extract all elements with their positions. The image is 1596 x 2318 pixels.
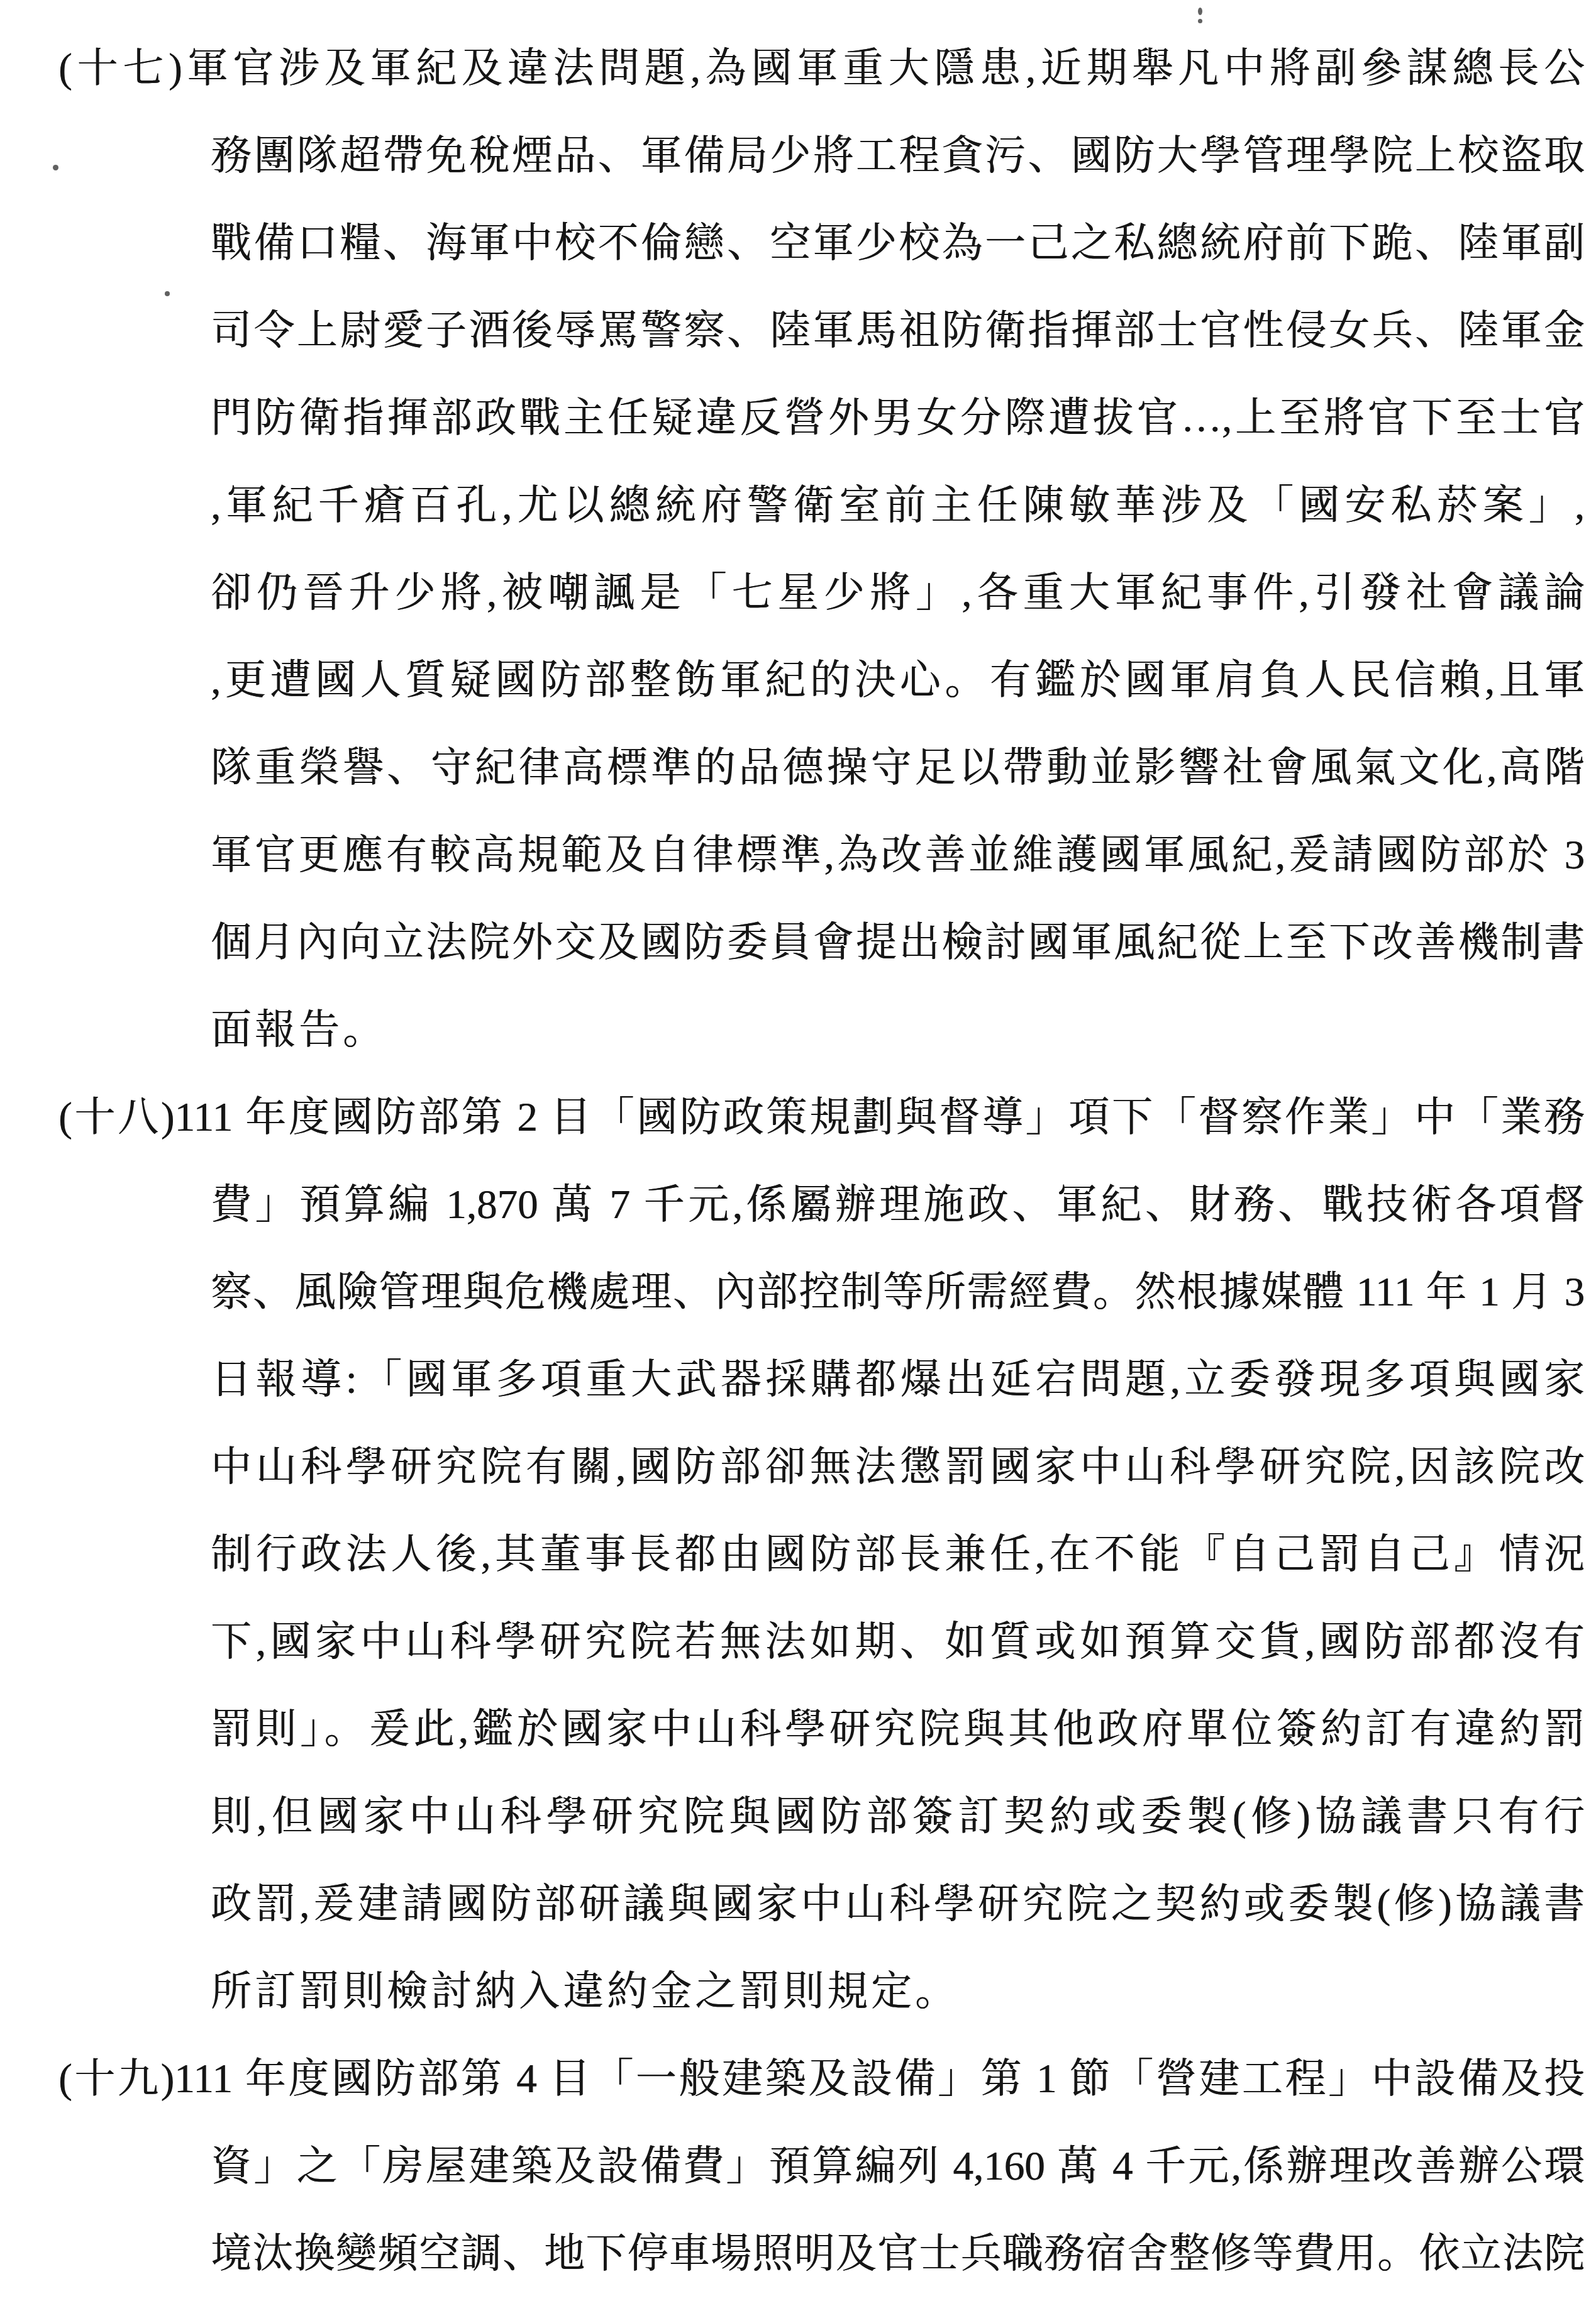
text-line: 罰則」。爰此,鑑於國家中山科學研究院與其他政府單位簽約訂有違約罰	[211, 1686, 1585, 1773]
scan-artifact	[165, 291, 170, 296]
text-line: 個月內向立法院外交及國防委員會提出檢討國軍風紀從上至下改善機制書	[211, 899, 1585, 987]
paragraph-first-line: (十七)軍官涉及軍紀及違法問題,為國軍重大隱患,近期舉凡中將副參謀總長公	[58, 25, 1585, 113]
text-line: 則,但國家中山科學研究院與國防部簽訂契約或委製(修)協議書只有行	[211, 1773, 1585, 1861]
text-line: 卻仍晉升少將,被嘲諷是「七星少將」,各重大軍紀事件,引發社會議論	[211, 550, 1585, 637]
text-line: ,更遭國人質疑國防部整飭軍紀的決心。有鑑於國軍肩負人民信賴,且軍	[211, 637, 1585, 724]
text-line: 下,國家中山科學研究院若無法如期、如質或如預算交貨,國防部都沒有	[211, 1599, 1585, 1686]
scan-artifact	[1198, 8, 1202, 15]
text-line: 政罰,爰建請國防部研議與國家中山科學研究院之契約或委製(修)協議書	[211, 1861, 1585, 1948]
text-line: 面報告。	[211, 987, 1585, 1074]
text-line: 日報導:「國軍多項重大武器採購都爆出延宕問題,立委發現多項與國家	[211, 1336, 1585, 1424]
text-line: 制行政法人後,其董事長都由國防部長兼任,在不能『自己罰自己』情況	[211, 1511, 1585, 1599]
text-line: 資」之「房屋建築及設備費」預算編列 4,160 萬 4 千元,係辦理改善辦公環	[211, 2123, 1585, 2210]
document-text: (十七)軍官涉及軍紀及違法問題,為國軍重大隱患,近期舉凡中將副參謀總長公務團隊超…	[58, 25, 1585, 2298]
paragraph-first-line: (十九)111 年度國防部第 4 目「一般建築及設備」第 1 節「營建工程」中設…	[58, 2036, 1585, 2123]
scan-artifact	[1198, 19, 1202, 23]
text-line: 軍官更應有較高規範及自律標準,為改善並維護國軍風紀,爰請國防部於 3	[211, 812, 1585, 899]
text-line: 務團隊超帶免稅煙品、軍備局少將工程貪污、國防大學管理學院上校盜取	[211, 113, 1585, 200]
text-line: 費」預算編 1,870 萬 7 千元,係屬辦理施政、軍紀、財務、戰技術各項督	[211, 1162, 1585, 1249]
text-line: ,軍紀千瘡百孔,尤以總統府警衛室前主任陳敏華涉及「國安私菸案」,	[211, 462, 1585, 550]
text-line: 隊重榮譽、守紀律高標準的品德操守足以帶動並影響社會風氣文化,高階	[211, 724, 1585, 812]
scan-artifact	[53, 165, 58, 170]
paragraph-first-line: (十八)111 年度國防部第 2 目「國防政策規劃與督導」項下「督察作業」中「業…	[58, 1074, 1585, 1162]
text-line: 中山科學研究院有關,國防部卻無法懲罰國家中山科學研究院,因該院改	[211, 1424, 1585, 1511]
scanned-document-page: (十七)軍官涉及軍紀及違法問題,為國軍重大隱患,近期舉凡中將副參謀總長公務團隊超…	[0, 0, 1596, 2318]
text-line: 所訂罰則檢討納入違約金之罰則規定。	[211, 1948, 1585, 2036]
text-line: 戰備口糧、海軍中校不倫戀、空軍少校為一己之私總統府前下跪、陸軍副	[211, 200, 1585, 287]
text-line: 門防衛指揮部政戰主任疑違反營外男女分際遭拔官…,上至將官下至士官	[211, 375, 1585, 462]
text-line: 察、風險管理與危機處理、內部控制等所需經費。然根據媒體 111 年 1 月 3	[211, 1249, 1585, 1336]
text-line: 司令上尉愛子酒後辱罵警察、陸軍馬祖防衛指揮部士官性侵女兵、陸軍金	[211, 287, 1585, 375]
text-line: 境汰換變頻空調、地下停車場照明及官士兵職務宿舍整修等費用。依立法院	[211, 2210, 1585, 2298]
